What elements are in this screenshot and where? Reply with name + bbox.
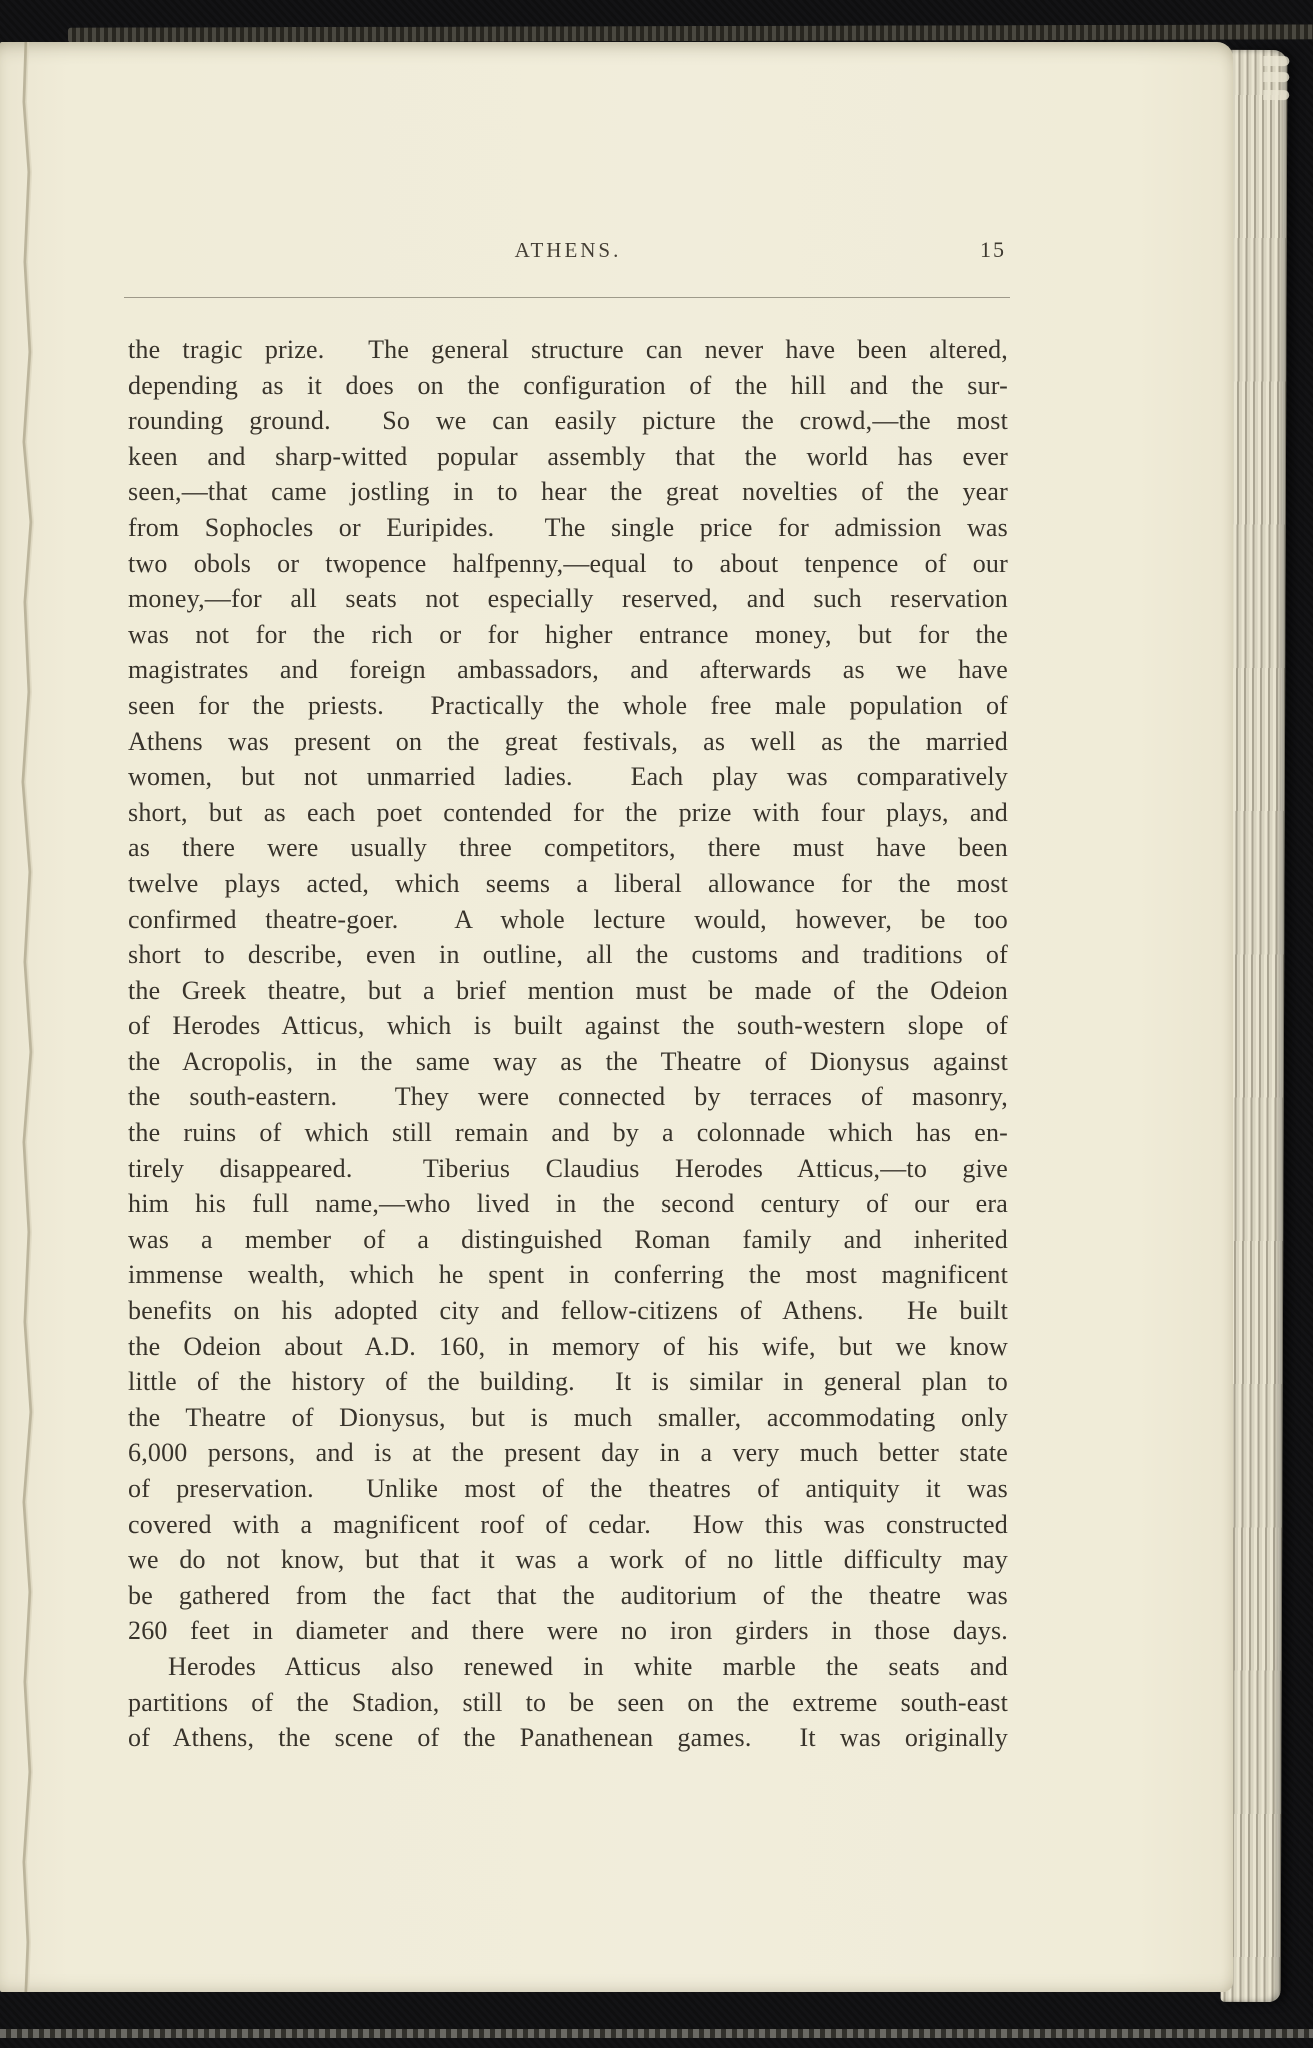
text-line: seen for the priests. Practically the wh… [128, 688, 1008, 724]
text-line: 260 feet in diameter and there were no i… [128, 1613, 1008, 1649]
text-line: the Acropolis, in the same way as the Th… [128, 1044, 1008, 1080]
text-line: keen and sharp-witted popular assembly t… [128, 439, 1008, 475]
book-cover-top-edge [68, 24, 1313, 42]
torn-leaf-edge [10, 42, 46, 1992]
text-line: Athens was present on the great festival… [128, 724, 1008, 760]
text-line: little of the history of the building. I… [128, 1364, 1008, 1400]
text-line: be gathered from the fact that the audit… [128, 1578, 1008, 1614]
text-line: confirmed theatre-goer. A whole lecture … [128, 902, 1008, 938]
text-line: rounding ground. So we can easily pictur… [128, 403, 1008, 439]
text-line: the ruins of which still remain and by a… [128, 1115, 1008, 1151]
text-line: we do not know, but that it was a work o… [128, 1542, 1008, 1578]
text-line: was a member of a distinguished Roman fa… [128, 1222, 1008, 1258]
text-line: magistrates and foreign ambassadors, and… [128, 652, 1008, 688]
text-line: immense wealth, which he spent in confer… [128, 1257, 1008, 1293]
text-line: the Odeion about A.D. 160, in memory of … [128, 1329, 1008, 1365]
text-line: of preservation. Unlike most of the thea… [128, 1471, 1008, 1507]
running-header-title: ATHENS. [128, 238, 1008, 263]
header-rule [124, 297, 1010, 298]
body-text: the tragic prize. The general structure … [128, 332, 1008, 1756]
text-line: the south-eastern. They were connected b… [128, 1079, 1008, 1115]
page-number: 15 [980, 237, 1006, 263]
text-line: the tragic prize. The general structure … [128, 332, 1008, 368]
text-line: covered with a magnificent roof of cedar… [128, 1507, 1008, 1543]
book-page: ATHENS. 15 the tragic prize. The general… [0, 42, 1233, 1992]
text-line: of Herodes Atticus, which is built again… [128, 1008, 1008, 1044]
text-line: women, but not unmarried ladies. Each pl… [128, 759, 1008, 795]
page-corner-step [1263, 56, 1289, 66]
text-line: money,—for all seats not especially rese… [128, 581, 1008, 617]
page-corner-step [1263, 90, 1289, 100]
text-line: Herodes Atticus also renewed in white ma… [128, 1649, 1008, 1685]
text-line: partitions of the Stadion, still to be s… [128, 1685, 1008, 1721]
text-line: depending as it does on the configuratio… [128, 368, 1008, 404]
text-line: short to describe, even in outline, all … [128, 937, 1008, 973]
text-line: was not for the rich or for higher entra… [128, 617, 1008, 653]
book-photo: ATHENS. 15 the tragic prize. The general… [0, 0, 1313, 2048]
text-line: two obols or twopence halfpenny,—equal t… [128, 546, 1008, 582]
text-line: tirely disappeared. Tiberius Claudius He… [128, 1151, 1008, 1187]
page-corner-step [1263, 72, 1289, 82]
text-line: twelve plays acted, which seems a libera… [128, 866, 1008, 902]
text-line: seen,—that came jostling in to hear the … [128, 474, 1008, 510]
text-line: as there were usually three competitors,… [128, 830, 1008, 866]
text-line: short, but as each poet contended for th… [128, 795, 1008, 831]
text-line: 6,000 persons, and is at the present day… [128, 1435, 1008, 1471]
text-line: him his full name,—who lived in the seco… [128, 1186, 1008, 1222]
text-line: from Sophocles or Euripides. The single … [128, 510, 1008, 546]
book-cover-bottom-edge [0, 2029, 1313, 2038]
text-line: the Theatre of Dionysus, but is much sma… [128, 1400, 1008, 1436]
text-line: of Athens, the scene of the Panathenean … [128, 1720, 1008, 1756]
text-line: benefits on his adopted city and fellow-… [128, 1293, 1008, 1329]
running-head: ATHENS. 15 [128, 238, 1008, 270]
text-line: the Greek theatre, but a brief mention m… [128, 973, 1008, 1009]
